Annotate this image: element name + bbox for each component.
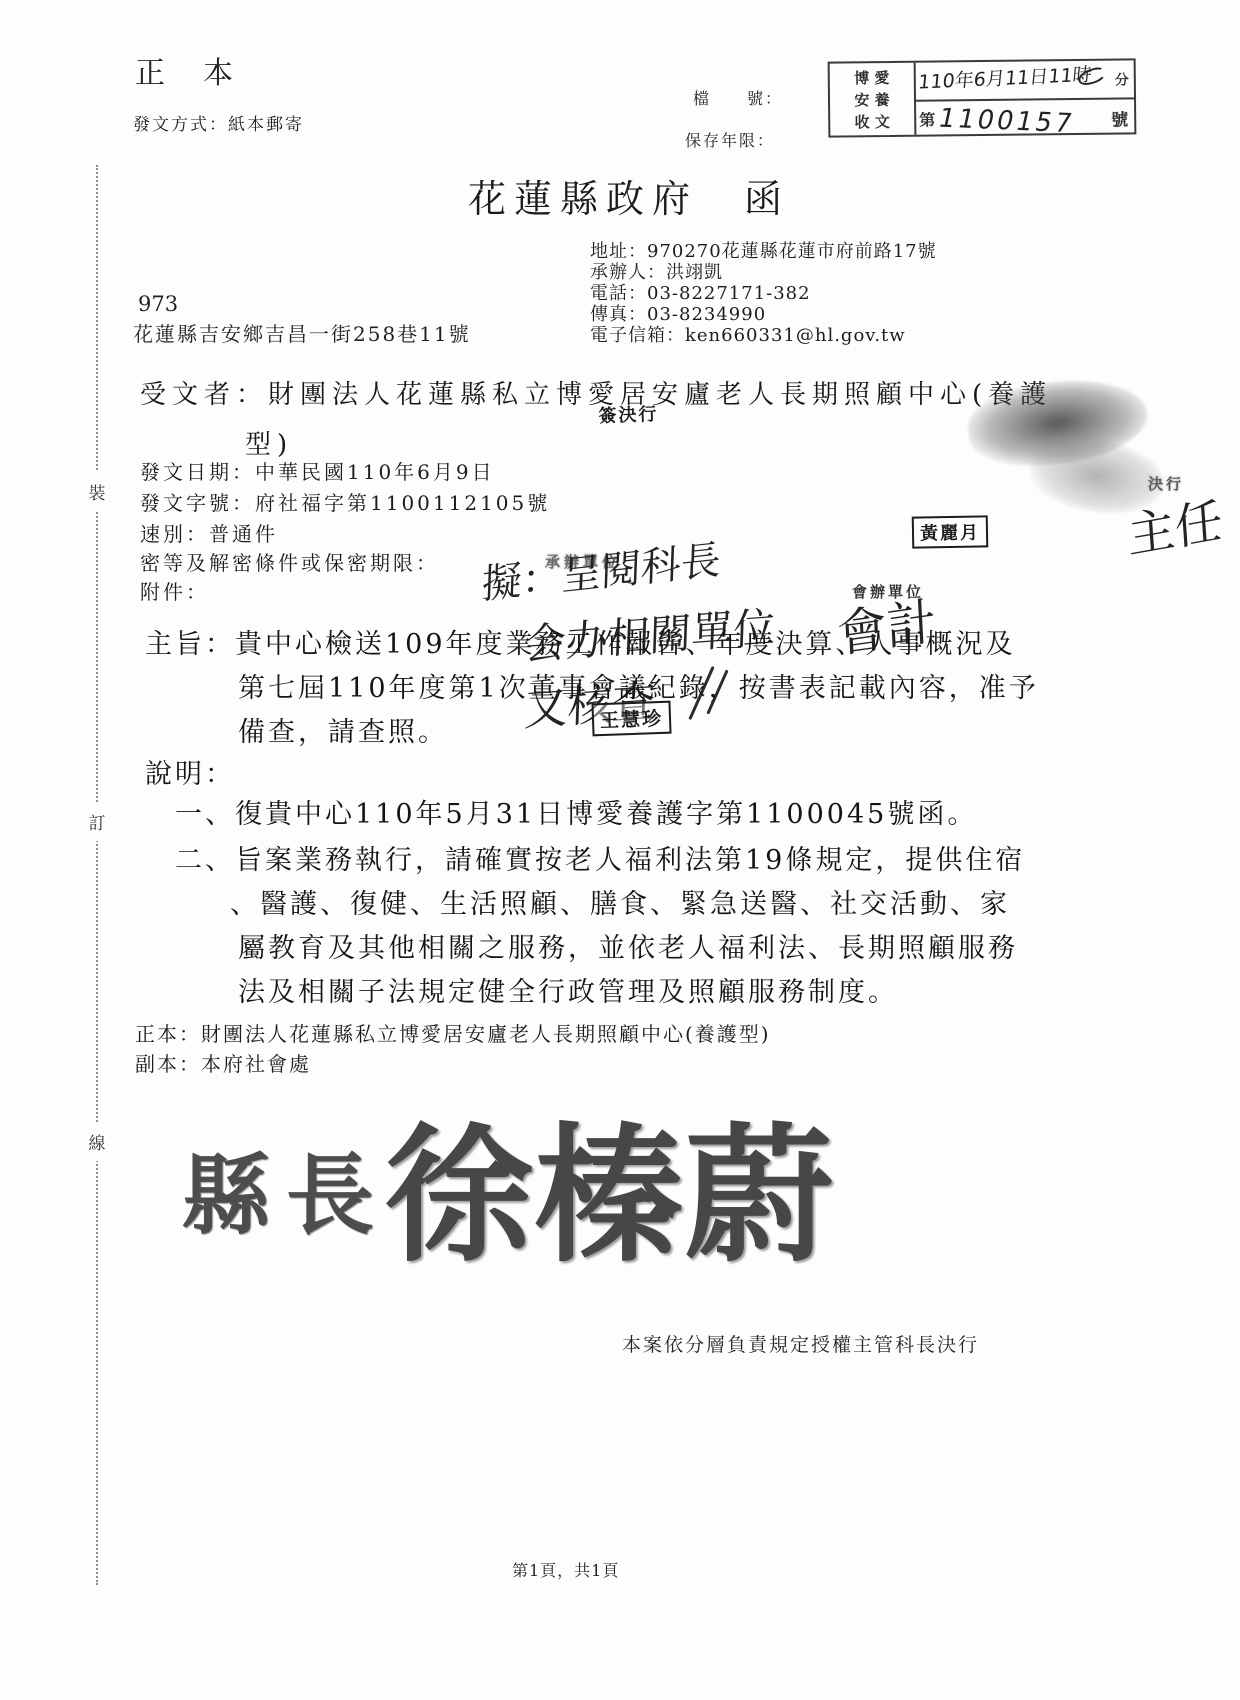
margin-mark-ding: 訂 [84, 802, 110, 841]
sender-address: 地址：970270花蓮縣花蓮市府前路17號 [590, 241, 937, 262]
issue-date: 發文日期：中華民國110年6月9日 [140, 456, 495, 485]
explanation-item-continued: 法及相關子法規定健全行政管理及照顧服務制度。 [238, 970, 898, 1009]
minute-label: 分 [1115, 69, 1129, 89]
received-number-handwritten: 1100157 [936, 103, 1078, 139]
receipt-stamp-fields: 110年6月11日11時 分 第 1100157 號 [916, 60, 1135, 134]
sender-fax: 傳真：03-8234990 [590, 304, 766, 325]
cc-copy-line: 副本：本府社會處 [135, 1048, 311, 1077]
attachment-label: 附件： [140, 576, 209, 605]
page-number-footer: 第1頁，共1頁 [512, 1558, 619, 1581]
receipt-stamp-org-row: 收 文 [855, 110, 890, 131]
recipient-zip: 973 [138, 292, 178, 316]
signature-name: 徐榛蔚 [385, 1078, 835, 1290]
file-number-label: 檔 號： [693, 86, 783, 109]
receipt-stamp-number-row: 第 1100157 號 [916, 99, 1134, 135]
name-stamp-wang-huizhen: 王慧珍 [591, 701, 671, 737]
copy-type-label: 正 本 [135, 48, 237, 92]
signature-title: 縣長 [182, 1126, 390, 1252]
sender-phone: 電話：03-8227171-382 [590, 283, 811, 304]
received-date-handwritten: 110年6月11日11時 [917, 60, 1093, 95]
doc-number: 發文字號：府社福字第1100112105號 [140, 487, 550, 516]
document-title: 花蓮縣政府 函 [468, 168, 790, 223]
delegation-note: 本案依分層負責規定授權主管科長決行 [622, 1330, 979, 1357]
scanned-letter-page: 裝 訂 線 正 本 發文方式：紙本郵寄 檔 號： 保存年限： 博 愛 安 養 收… [0, 0, 1240, 1700]
explanation-item: 一、復貴中心110年5月31日博愛養護字第1100045號函。 [175, 792, 977, 831]
explanation-label: 說明： [145, 752, 235, 791]
margin-mark-xian: 線 [84, 1122, 110, 1161]
receipt-stamp-org-row: 安 養 [854, 88, 889, 109]
original-copy-line: 正本：財團法人花蓮縣私立博愛居安廬老人長期照顧中心(養護型) [135, 1018, 771, 1047]
sender-email: 電子信箱：ken660331@hl.gov.tw [590, 325, 906, 346]
sender-contact-person: 承辦人：洪翊凱 [590, 262, 723, 283]
margin-mark-zhuang: 裝 [84, 472, 110, 511]
receipt-stamp-org: 博 愛 安 養 收 文 [830, 63, 917, 136]
subject-line: 第七屆110年度第1次董事會議紀錄，按書表記載內容，准予 [238, 666, 1039, 705]
binding-dotted-line [96, 165, 98, 1585]
handwriting-draft-note: 擬：呈閱科長 [481, 528, 722, 611]
number-prefix: 第 [919, 107, 935, 130]
subject-line: 主旨：貴中心檢送109年度業務工作報告、年度決算、人事概況及 [145, 622, 1016, 661]
retention-label: 保存年限： [685, 128, 775, 151]
receipt-stamp-org-row: 博 愛 [854, 66, 889, 87]
receipt-stamp-date-row: 110年6月11日11時 分 [916, 60, 1134, 101]
explanation-item-continued: 、醫護、復健、生活照顧、膳食、緊急送醫、社交活動、家 [230, 882, 1010, 921]
number-suffix: 號 [1111, 105, 1128, 130]
sign-flow-stamp: 簽決行 [598, 400, 659, 428]
speed-class: 速別：普通件 [140, 518, 278, 547]
explanation-item-continued: 屬教育及其他相關之服務，並依老人福利法、長期照顧服務 [238, 926, 1018, 965]
recipient-street: 花蓮縣吉安鄉吉昌一街258巷11號 [133, 318, 471, 347]
name-stamp-huang-liyue: 黃麗月 [912, 515, 989, 548]
security-class: 密等及解密條件或保密期限： [140, 547, 439, 576]
subject-line: 備查，請查照。 [238, 710, 448, 749]
receipt-stamp: 博 愛 安 養 收 文 110年6月11日11時 分 第 1100157 號 [828, 58, 1137, 137]
explanation-item: 二、旨案業務執行，請確實按老人福利法第19條規定，提供住宿 [175, 838, 1025, 877]
delivery-method: 發文方式：紙本郵寄 [133, 110, 304, 135]
